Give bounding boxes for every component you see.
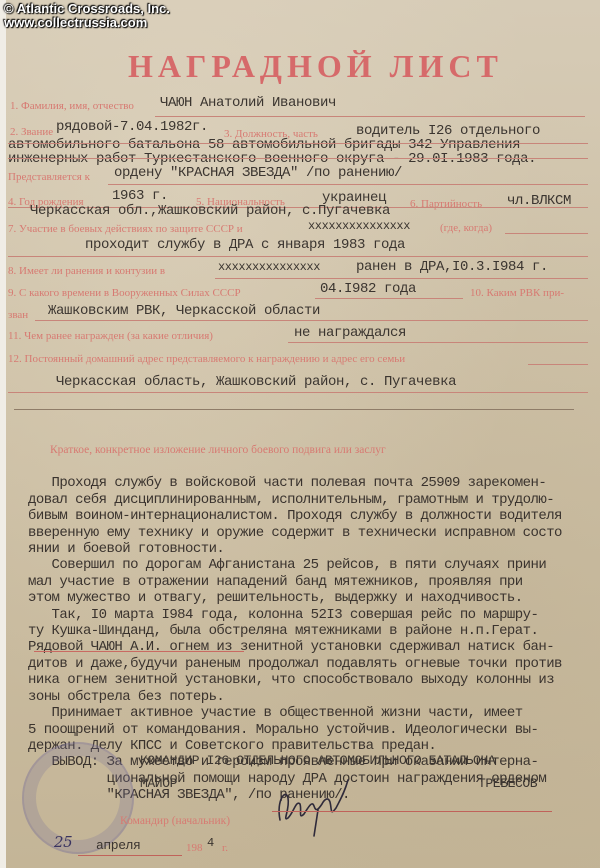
narrative-line: мал участие в отражении нападений банд м… bbox=[28, 574, 562, 590]
narrative-line: Совершил по дорогам Афганистана 25 рейсо… bbox=[28, 557, 562, 573]
field-combat-value: проходит службу в ДРА с января 1983 года bbox=[85, 237, 405, 253]
field-prior-awards-value: не награждался bbox=[294, 325, 406, 341]
field-wounds-label: 8. Имеет ли ранения и контузии в bbox=[8, 265, 165, 277]
field-combat-label-end: (где, когда) bbox=[440, 222, 492, 234]
narrative-line: бивым воином-интернационалистом. Проходя… bbox=[28, 508, 562, 524]
field-combat-label: 7. Участие в боевых действиях по защите … bbox=[8, 223, 243, 235]
date-year-prefix: 198 bbox=[186, 842, 203, 854]
signature-icon bbox=[258, 770, 368, 840]
commander-rank: МАЙОР bbox=[140, 776, 177, 791]
date-month-line bbox=[78, 855, 182, 856]
field-name-value: ЧАЮН Анатолий Иванович bbox=[160, 95, 336, 111]
field-draft-office-value: Жашковским РВК, Черкасской области bbox=[48, 303, 320, 319]
narrative-line: дитов и даже,будучи раненым продолжал по… bbox=[28, 656, 562, 672]
field-rank-value: рядовой-7.04.1982г. bbox=[56, 119, 208, 135]
field-combat-crossed: xxxxxxxxxxxxxxx bbox=[308, 219, 410, 233]
watermark-copyright: © Atlantic Crossroads, Inc. bbox=[4, 2, 170, 16]
date-year-unit: г. bbox=[222, 842, 228, 854]
field-name-line bbox=[155, 116, 585, 117]
date-year-suffix: 4 bbox=[207, 836, 214, 850]
field-draft-office-label-cont: зван bbox=[8, 309, 28, 321]
presented-line bbox=[108, 184, 588, 185]
narrative-line: 5 поощрений от командования. Морально ус… bbox=[28, 722, 562, 738]
narrative-line: янии и боевой готовности. bbox=[28, 541, 562, 557]
narrative-line: Проходя службу в войсковой части полевая… bbox=[28, 475, 562, 491]
field-service-since-label: 9. С какого времени в Вооруженных Силах … bbox=[8, 287, 241, 299]
field-party-label: 6. Партийность bbox=[410, 198, 482, 210]
field-name-label: 1. Фамилия, имя, отчество bbox=[10, 100, 134, 112]
narrative-line: этом мужество и отвагу, решительность, в… bbox=[28, 590, 562, 606]
field-service-since-value: 04.I982 года bbox=[320, 281, 416, 297]
position-line-2 bbox=[8, 158, 588, 159]
section-divider bbox=[14, 409, 574, 410]
document-title: НАГРАДНОЙ ЛИСТ bbox=[128, 48, 503, 85]
prior-awards-line bbox=[288, 342, 588, 343]
draft-office-line bbox=[35, 320, 588, 321]
watermark-url: www.collectrussia.com bbox=[4, 16, 170, 30]
date-day: 25 bbox=[54, 833, 72, 851]
field-wounds-crossed: xxxxxxxxxxxxxxx bbox=[218, 260, 320, 274]
narrative-line: Рядовой ЧАЮН А.И. огнем из зенитной уста… bbox=[28, 639, 562, 655]
wounds-line bbox=[215, 278, 588, 279]
field-address-value: Черкасская область, Жашковский район, с.… bbox=[56, 374, 456, 390]
field-address-label: 12. Постоянный домашний адрес представля… bbox=[8, 353, 405, 365]
narrative-line: вверенную ему технику и оружие содержит … bbox=[28, 525, 562, 541]
service-since-line bbox=[315, 298, 463, 299]
field-prior-awards-label: 11. Чем ранее награжден (за какие отличи… bbox=[8, 330, 213, 342]
field-birth-year-value: 1963 г. bbox=[112, 188, 168, 204]
copyright-watermark: © Atlantic Crossroads, Inc. www.collectr… bbox=[4, 2, 170, 30]
field-wounds-value: ранен в ДРА,I0.3.I984 г. bbox=[356, 259, 548, 275]
field-draft-office-label: 10. Каким РВК при- bbox=[470, 287, 564, 299]
presented-value: ордену "КРАСНАЯ ЗВЕЗДА" /по ранению/ bbox=[114, 165, 402, 181]
position-line-1 bbox=[8, 143, 588, 144]
presented-label: Представляется к bbox=[8, 171, 90, 183]
address-line-1 bbox=[528, 364, 588, 365]
address-line-2 bbox=[8, 392, 588, 393]
narrative-line: Принимает активное участие в общественно… bbox=[28, 705, 562, 721]
narrative-line: ника огнем зенитной установки, что спосо… bbox=[28, 672, 562, 688]
combat-line-2 bbox=[8, 256, 588, 257]
combat-line-1 bbox=[505, 233, 588, 234]
birthplace-value: Черкасская обл.,Жашковский район, с.Пуга… bbox=[30, 203, 390, 219]
narrative-line: довал себя дисциплинированным, исполните… bbox=[28, 492, 562, 508]
narrative-line: зоны обстрела без потерь. bbox=[28, 689, 562, 705]
commander-label: Командир (начальник) bbox=[120, 815, 230, 827]
narrative-line: Так, I0 марта I984 года, колонна 52I3 со… bbox=[28, 607, 562, 623]
narrative-heading: Краткое, конкретное изложение личного бо… bbox=[50, 444, 386, 456]
commander-name: ТРЕБЕСОВ bbox=[478, 776, 537, 791]
date-month: апреля bbox=[96, 838, 140, 853]
signature-line bbox=[272, 811, 552, 812]
commander-title: КОМАНДИР I26 ОТДЕЛЬНОГО АВТОМОБИЛЬНОГО Б… bbox=[140, 753, 495, 768]
narrative-line: ту Кушка-Шинданд, была обстреляна мятежн… bbox=[28, 623, 562, 639]
underline-annotation bbox=[34, 651, 244, 652]
